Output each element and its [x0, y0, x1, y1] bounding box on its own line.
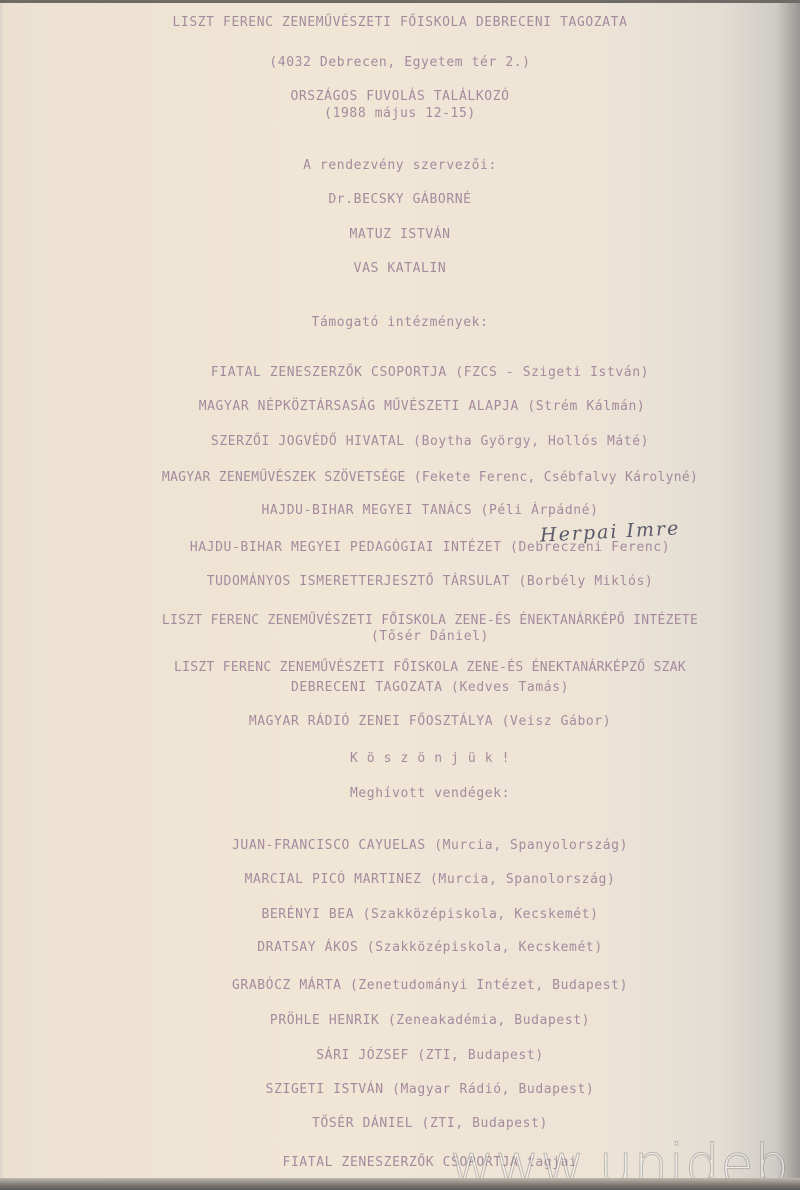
organizer-name: VAS KATALIN [0, 261, 800, 277]
organizer-name: Dr.BECSKY GÁBORNÉ [0, 192, 800, 208]
guest-item: JUAN-FRANCISCO CAYUELAS (Murcia, Spanyol… [30, 838, 800, 854]
organizers-heading: A rendezvény szervezői: [0, 158, 800, 174]
guest-item: BERÉNYI BEA (Szakközépiskola, Kecskemét) [30, 907, 800, 923]
guest-item: SÁRI JÓZSEF (ZTI, Budapest) [30, 1048, 800, 1064]
supporter-item: FIATAL ZENESZERZŐK CSOPORTJA (FZCS - Szi… [30, 365, 800, 381]
thanks-text: K ö s z ö n j ü k ! [30, 751, 800, 767]
supporter-item: LISZT FERENC ZENEMŰVÉSZETI FŐISKOLA ZENE… [30, 660, 800, 676]
guest-item: TŐSÉR DÁNIEL (ZTI, Budapest) [30, 1116, 800, 1132]
supporter-item: MAGYAR ZENEMŰVÉSZEK SZÖVETSÉGE (Fekete F… [30, 470, 800, 486]
guest-item: DRATSAY ÁKOS (Szakközépiskola, Kecskemét… [30, 940, 800, 956]
institution-title: LISZT FERENC ZENEMŰVÉSZETI FŐISKOLA DEBR… [0, 15, 800, 31]
guests-heading: Meghívott vendégek: [30, 786, 800, 802]
guest-item: GRABÓCZ MÁRTA (Zenetudományi Intézet, Bu… [30, 978, 800, 994]
supporter-item: MAGYAR NÉPKÖZTÁRSASÁG MŰVÉSZETI ALAPJA (… [22, 399, 800, 415]
guest-item: PRÖHLE HENRIK (Zeneakadémia, Budapest) [30, 1013, 800, 1029]
supporter-item: MAGYAR RÁDIÓ ZENEI FŐOSZTÁLYA (Veisz Gáb… [30, 714, 800, 730]
supporter-item: HAJDU-BIHAR MEGYEI TANÁCS (Péli Árpádné) [30, 503, 800, 519]
supporters-heading: Támogató intézmények: [0, 315, 800, 331]
guest-item: SZIGETI ISTVÁN (Magyar Rádió, Budapest) [30, 1082, 800, 1098]
address: (4032 Debrecen, Egyetem tér 2.) [0, 55, 800, 71]
document-page: LISZT FERENC ZENEMŰVÉSZETI FŐISKOLA DEBR… [0, 3, 800, 1181]
supporter-item: SZERZŐI JOGVÉDŐ HIVATAL (Boytha György, … [30, 434, 800, 450]
supporter-item: HAJDU-BIHAR MEGYEI PEDAGÓGIAI INTÉZET (D… [30, 540, 800, 556]
supporter-item-continued: DEBRECENI TAGOZATA (Kedves Tamás) [30, 680, 800, 696]
supporter-item: TUDOMÁNYOS ISMERETTERJESZTŐ TÁRSULAT (Bo… [30, 574, 800, 590]
event-dates: (1988 május 12-15) [0, 106, 800, 122]
event-title: ORSZÁGOS FUVOLÁS TALÁLKOZÓ [0, 89, 800, 105]
supporter-item: LISZT FERENC ZENEMŰVÉSZETI FŐISKOLA ZENE… [30, 613, 800, 629]
supporter-item-continued: (Tősér Dániel) [30, 629, 800, 645]
page-bottom-edge [0, 1178, 800, 1190]
organizer-name: MATUZ ISTVÁN [0, 227, 800, 243]
guest-item: MARCIAL PICÓ MARTINEZ (Murcia, Spanolors… [30, 872, 800, 888]
